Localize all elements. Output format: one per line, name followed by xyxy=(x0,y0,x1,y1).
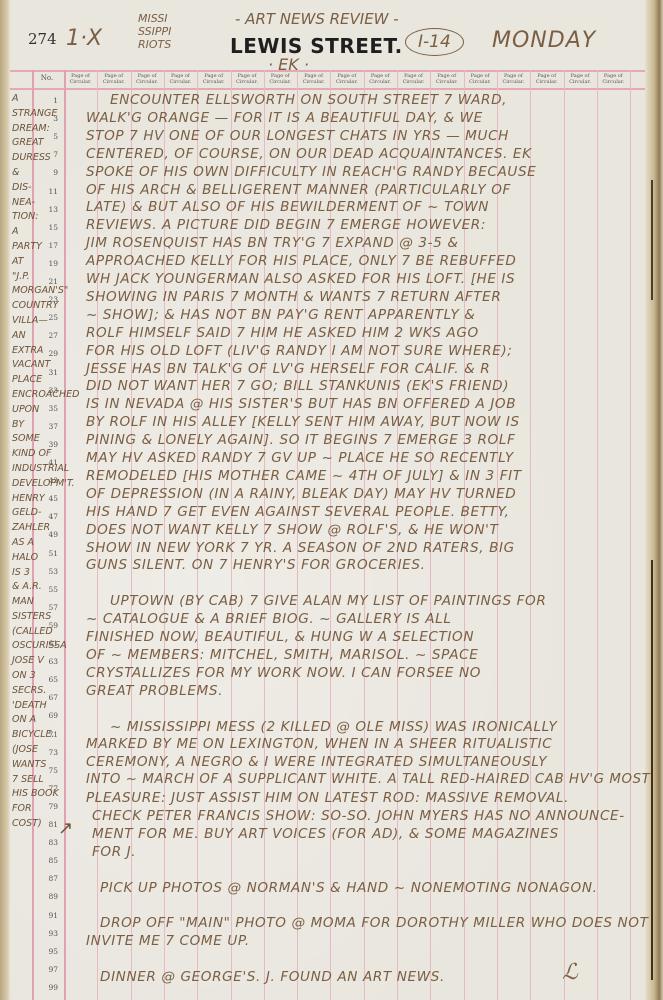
entry-line: FOR HIS OLD LOFT (LIV'G RANDY I AM NOT S… xyxy=(86,343,512,359)
volume-note: 1·X xyxy=(66,26,102,51)
entry-line: LATE) & BUT ALSO OF HIS BEWILDERMENT OF … xyxy=(86,199,489,215)
page-of-circular-header: Page of Circular. xyxy=(364,73,397,85)
row-number: 99 xyxy=(38,983,58,992)
page-edge xyxy=(645,0,663,1000)
page-number: 274 xyxy=(28,30,57,48)
page-of-circular-header: Page of Circular. xyxy=(264,73,297,85)
entry-line: JIM ROSENQUIST HAS BN TRY'G 7 EXPAND @ 3… xyxy=(86,235,459,251)
entry-line: CENTERED, OF COURSE, ON OUR DEAD ACQUAIN… xyxy=(86,146,532,162)
entry-line: ~ CATALOGUE & A BRIEF BIOG. ~ GALLERY IS… xyxy=(86,611,452,627)
no-column-header: No. xyxy=(32,74,62,82)
page-of-circular-header: Page of Circular. xyxy=(197,73,230,85)
row-number: 85 xyxy=(38,856,58,865)
review-note: - ART NEWS REVIEW - xyxy=(235,10,399,28)
entry-line: FOR J. xyxy=(92,844,136,860)
page-of-circular-header: Page of Circular. xyxy=(297,73,330,85)
page-of-circular-header: Page of Circular. xyxy=(464,73,497,85)
entry-line: ~ SHOW]; & HAS NOT BN PAY'G RENT APPAREN… xyxy=(86,307,475,323)
page-of-circular-header: Page of Circular. xyxy=(564,73,597,85)
entry-line: WALK'G ORANGE — FOR IT IS A BEAUTIFUL DA… xyxy=(86,110,483,126)
entry-line: CHECK PETER FRANCIS SHOW: SO-SO. JOHN MY… xyxy=(92,808,625,824)
column-rule xyxy=(64,70,66,1000)
entry-line: CEREMONY, A NEGRO & I WERE INTEGRATED SI… xyxy=(86,754,547,770)
entry-line: MARKED BY ME ON LEXINGTON, WHEN IN A SHE… xyxy=(86,736,552,752)
entry-line: HIS HAND 7 GET EVEN AGAINST SEVERAL PEOP… xyxy=(86,504,510,520)
entry-line: MENT FOR ME. BUY ART VOICES (FOR AD), & … xyxy=(92,826,559,842)
column-rule xyxy=(630,70,631,1000)
page-of-circular-header: Page of Circular. xyxy=(530,73,563,85)
signature-mark: ℒ xyxy=(562,960,578,985)
page-of-circular-header: Page of Circular. xyxy=(597,73,630,85)
entry-line: INTO ~ MARCH OF A SUPPLICANT WHITE. A TA… xyxy=(86,772,650,787)
entry-line: DROP OFF "MAIN" PHOTO @ MOMA FOR DOROTHY… xyxy=(100,915,649,931)
entry-line: STOP 7 HV ONE OF OUR LONGEST CHATS IN YR… xyxy=(86,128,509,144)
column-rule xyxy=(564,70,565,1000)
entry-line: REVIEWS. A PICTURE DID BEGIN 7 EMERGE HO… xyxy=(86,217,486,233)
entry-line: GREAT PROBLEMS. xyxy=(86,683,223,699)
printed-title: LEWIS STREET. xyxy=(230,34,403,58)
entry-line: MAY HV ASKED RANDY 7 GV UP ~ PLACE HE SO… xyxy=(86,450,514,466)
row-number: 95 xyxy=(38,947,58,956)
entry-line: FINISHED NOW, BEAUTIFUL, & HUNG W A SELE… xyxy=(86,629,474,645)
date-circled: I-14 xyxy=(405,28,464,56)
row-number: 91 xyxy=(38,911,58,920)
entry-line: IS IN NEVADA @ HIS SISTER'S BUT HAS BN O… xyxy=(86,396,516,412)
page-of-circular-header: Page of Circular. xyxy=(330,73,363,85)
entry-line: ENCOUNTER ELLSWORTH ON SOUTH STREET 7 WA… xyxy=(110,92,507,108)
entry-line: UPTOWN (BY CAB) 7 GIVE ALAN MY LIST OF P… xyxy=(110,593,546,609)
page-of-circular-header: Page of Circular. xyxy=(64,73,97,85)
entry-line: SHOWING IN PARIS 7 MONTH & WANTS 7 RETUR… xyxy=(86,289,501,305)
header-rule-bottom xyxy=(10,88,645,90)
entry-line: INVITE ME 7 COME UP. xyxy=(86,933,250,949)
row-number: 87 xyxy=(38,874,58,883)
page-of-circular-header: Page of Circular. xyxy=(97,73,130,85)
column-rule xyxy=(597,70,598,1000)
page-of-circular-header: Page of Circular. xyxy=(231,73,264,85)
entry-line: OF HIS ARCH & BELLIGERENT MANNER (PARTIC… xyxy=(86,182,511,198)
entry-line: REMODELED [HIS MOTHER CAME ~ 4TH OF JULY… xyxy=(86,468,522,484)
row-number: 97 xyxy=(38,965,58,974)
page-of-circular-header: Page of Circular. xyxy=(397,73,430,85)
page-of-circular-header: Page of Circular. xyxy=(497,73,530,85)
entry-line: DID NOT WANT HER 7 GO; BILL STANKUNIS (E… xyxy=(86,378,509,394)
entry-line: ROLF HIMSELF SAID 7 HIM HE ASKED HIM 2 W… xyxy=(86,325,479,341)
entry-line: PINING & LONELY AGAIN]. SO IT BEGINS 7 E… xyxy=(86,432,515,448)
page-of-circular-header: Page of Circular. xyxy=(131,73,164,85)
page-of-circular-header: Page of Circular. xyxy=(430,73,463,85)
entry-line: PLEASURE: JUST ASSIST HIM ON LATEST ROD:… xyxy=(86,790,569,806)
entry-line: GUNS SILENT. ON 7 HENRY'S FOR GROCERIES. xyxy=(86,557,426,573)
entry-line: SPOKE OF HIS OWN DIFFICULTY IN REACH'G R… xyxy=(86,164,536,180)
margin-note: A STRANGE DREAM: GREAT DURESS & DIS- NEA… xyxy=(12,92,64,832)
entry-line: BY ROLF IN HIS ALLEY [KELLY SENT HIM AWA… xyxy=(86,414,520,430)
entry-line: DINNER @ GEORGE'S. J. FOUND AN ART NEWS. xyxy=(100,969,445,985)
topic-note: MISSI SSIPPI RIOTS xyxy=(138,12,171,51)
entry-line: OF DEPRESSION (IN A RAINY, BLEAK DAY) MA… xyxy=(86,486,516,502)
entry-line: OF ~ MEMBERS: MITCHEL, SMITH, MARISOL. ~… xyxy=(86,647,478,663)
weekday-note: MONDAY xyxy=(492,28,596,53)
column-rule xyxy=(530,70,531,1000)
page-of-circular-header: Page of Circular. xyxy=(164,73,197,85)
ledger-page: 274 LEWIS STREET. 1·X MISSI SSIPPI RIOTS… xyxy=(0,0,663,1000)
entry-line: ~ MISSISSIPPI MESS (2 KILLED @ OLE MISS)… xyxy=(110,719,557,735)
row-number: 83 xyxy=(38,838,58,847)
entry-line: DOES NOT WANT KELLY 7 SHOW @ ROLF'S, & H… xyxy=(86,522,498,538)
entry-line: APPROACHED KELLY FOR HIS PLACE, ONLY 7 B… xyxy=(86,253,516,269)
arrow-mark-icon: ↗ xyxy=(58,818,73,839)
entry-line: PICK UP PHOTOS @ NORMAN'S & HAND ~ NONEM… xyxy=(100,880,598,896)
book-spine xyxy=(0,0,10,1000)
entry-line: SHOW IN NEW YORK 7 YR. A SEASON OF 2ND R… xyxy=(86,540,515,556)
entry-line: CRYSTALLIZES FOR MY WORK NOW. I CAN FORS… xyxy=(86,665,481,681)
entry-line: WH JACK YOUNGERMAN ALSO ASKED FOR HIS LO… xyxy=(86,271,515,287)
entry-line: JESSE HAS BN TALK'G OF LV'G HERSELF FOR … xyxy=(86,361,490,377)
row-number: 89 xyxy=(38,892,58,901)
row-number: 93 xyxy=(38,929,58,938)
